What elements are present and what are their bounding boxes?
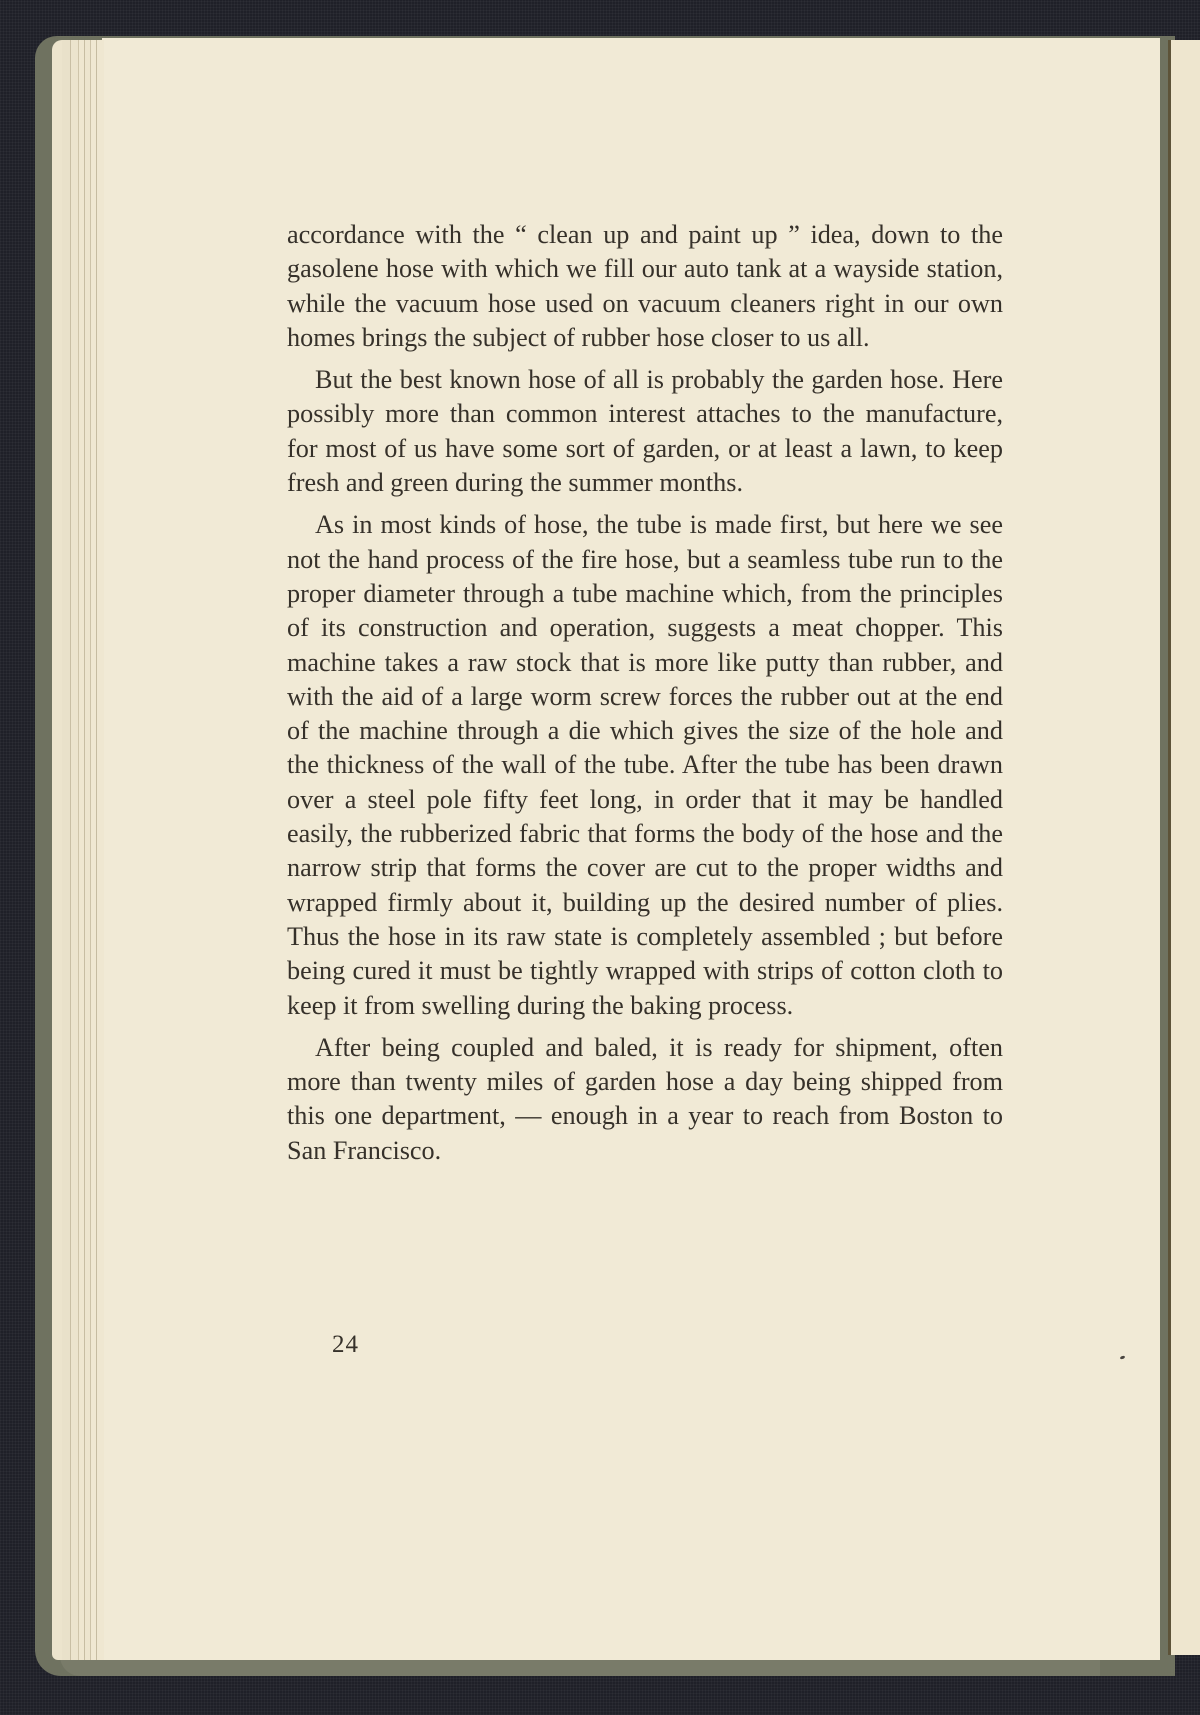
paragraph-4: After being coupled and baled, it is rea… [287,1031,1003,1168]
body-text: accordance with the “ clean up and paint… [287,218,1003,1176]
paragraph-3: As in most kinds of hose, the tube is ma… [287,508,1003,1022]
paragraph-2: But the best known hose of all is probab… [287,363,1003,500]
facing-page-edge [1171,40,1200,1655]
paragraph-1: accordance with the “ clean up and paint… [287,218,1003,355]
page-edges [62,40,104,1660]
page-number: 24 [332,1331,359,1359]
